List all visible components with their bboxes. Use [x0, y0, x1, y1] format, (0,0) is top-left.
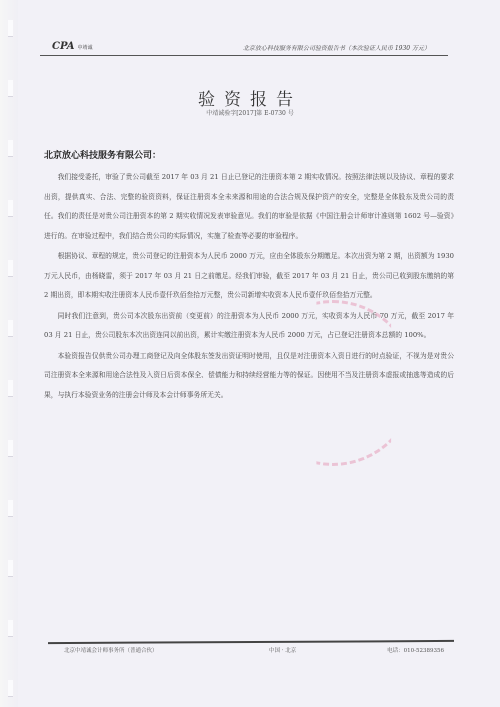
report-title: 验资报告	[0, 85, 500, 110]
paragraph: 本验资报告仅供贵公司办理工商登记及向全体股东签发出资证明时使用，且仅是对注册资本…	[44, 347, 454, 406]
firm-location: 中国 · 北京	[269, 646, 296, 654]
firm-phone: 电话：010-52389356	[387, 646, 444, 654]
paragraph: 根据协议、章程的规定，贵公司登记的注册资本为人民币 2000 万元，应由全体股东…	[44, 247, 454, 306]
document-number: 中靖诚验字[2017]第 E-0730 号	[0, 108, 500, 117]
report-body: 我们接受委托，审验了贵公司截至 2017 年 03 月 21 日止已登记的注册资…	[44, 168, 454, 406]
addressee: 北京放心科技服务有限公司：	[44, 148, 161, 161]
paragraph: 同时我们注意到，贵公司本次股东出资前（变更前）的注册资本为人民币 2000 万元…	[44, 307, 454, 346]
firm-name: 北京中靖诚会计师事务所（普通合伙）	[64, 646, 158, 654]
footer-divider	[48, 640, 454, 644]
paragraph: 我们接受委托，审验了贵公司截至 2017 年 03 月 21 日止已登记的注册资…	[44, 168, 454, 246]
cpa-logo: CPA中靖诚	[52, 41, 93, 52]
page-header: CPA中靖诚 北京放心科技服务有限公司验资报告书（本次验证人民币 1930 万元…	[40, 41, 448, 56]
header-title: 北京放心科技服务有限公司验资报告书（本次验证人民币 1930 万元）	[243, 43, 430, 52]
